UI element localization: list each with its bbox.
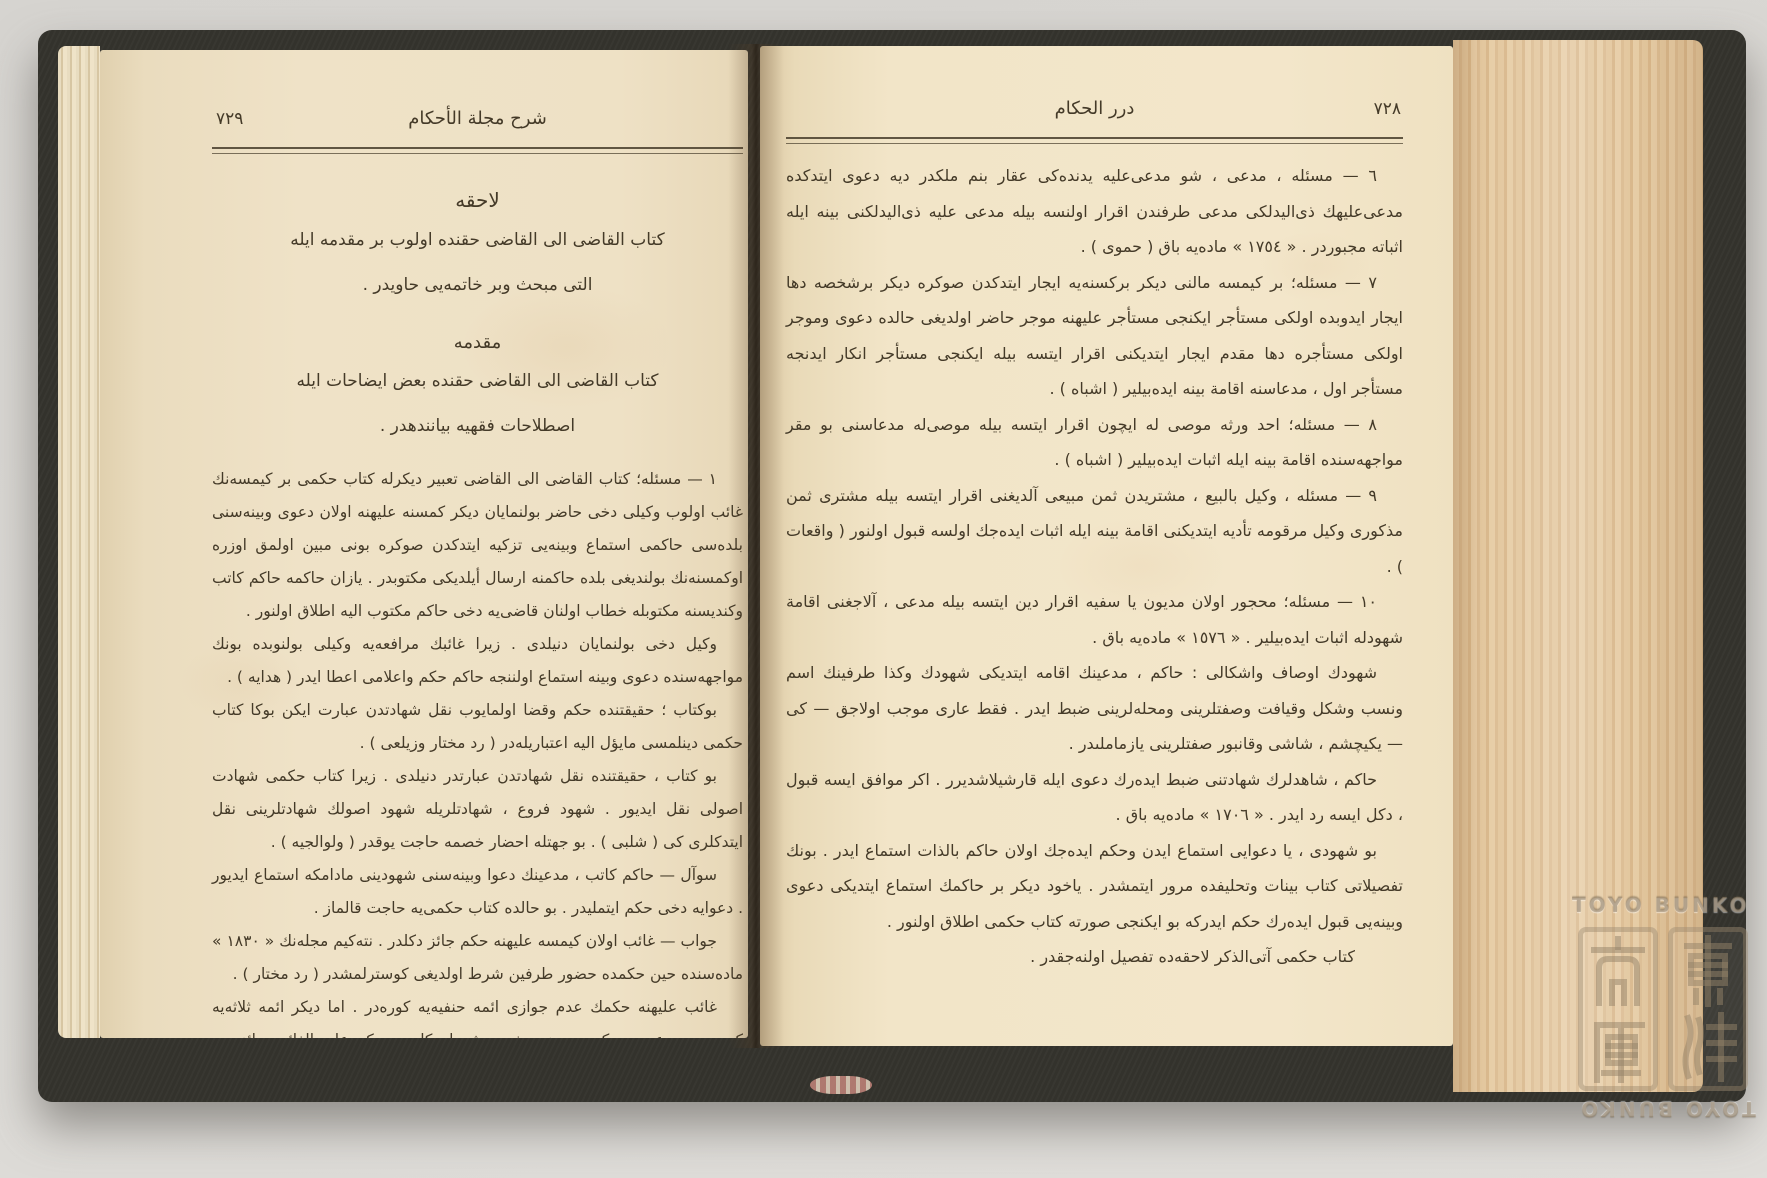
left-page-running-title: شرح مجلة الأحكام	[212, 108, 743, 129]
book: ٧٢٩ شرح مجلة الأحكام لاحقه كتاب القاضى ا…	[38, 30, 1746, 1102]
book-photograph: ٧٢٩ شرح مجلة الأحكام لاحقه كتاب القاضى ا…	[0, 0, 1767, 1178]
left-page-paragraph: بوكتاب ؛ حقيقتنده حكم وقضا اولمايوب نقل …	[212, 694, 743, 760]
right-page-running-title: درر الحكام	[786, 98, 1403, 119]
left-page-paragraph: غائب عليهنه حكمك عدم جوازى ائمه حنفيه‌يه…	[212, 991, 743, 1038]
page-edges-fore-edge	[1453, 40, 1703, 1092]
left-page-paragraph: جواب — غائب اولان كيمسه عليهنه حكم جائز …	[212, 925, 743, 991]
right-page-paragraph: بو شهودى ، يا دعوايى استماع ايدن وحكم اي…	[786, 833, 1403, 940]
left-page-paragraph: ١ — مسئله؛ كتاب القاضى الى القاضى تعبير …	[212, 463, 743, 628]
right-page-paragraph: ٧ — مسئله؛ بر كيمسه مالنى ديكر بركسنه‌يه…	[786, 265, 1403, 407]
subtitle-line: كتاب القاضى الى القاضى حقنده اولوب بر مق…	[212, 218, 743, 263]
right-page-number: ٧٢٨	[1374, 99, 1401, 119]
right-page-closing-paragraph: كتاب حكمى آتى‌الذكر لاحقه‌ده تفصيل اولنه…	[786, 939, 1403, 975]
right-page-paragraph: ١٠ — مسئله؛ محجور اولان مديون يا سفيه اق…	[786, 584, 1403, 655]
section-heading-lahika: لاحقه	[212, 188, 743, 212]
right-page: درر الحكام ٧٢٨ ٦ — مسئله ، مدعى ، شو مدع…	[760, 46, 1453, 1046]
left-page: ٧٢٩ شرح مجلة الأحكام لاحقه كتاب القاضى ا…	[100, 50, 748, 1038]
left-page-header: ٧٢٩ شرح مجلة الأحكام	[212, 108, 743, 138]
endband	[810, 1076, 872, 1094]
intro-line: كتاب القاضى الى القاضى حقنده بعض ايضاحات…	[212, 359, 743, 404]
subtitle-line: التى مبحث وبر خاتمه‌يى حاويدر .	[212, 263, 743, 308]
right-page-paragraph: شهودك اوصاف واشكالى : حاكم ، مدعينك اقام…	[786, 655, 1403, 762]
section-heading-mukaddime: مقدمه	[212, 332, 743, 353]
right-page-paragraph: حاكم ، شاهدلرك شهادتنى ضبط ايده‌رك دعوى …	[786, 762, 1403, 833]
left-page-paragraph: وكيل دخى بولنمايان دنيلدى . زيرا غائبك م…	[212, 628, 743, 694]
intro-line: اصطلاحات فقهيه بيانندهدر .	[212, 404, 743, 449]
right-page-paragraph: ٦ — مسئله ، مدعى ، شو مدعى‌عليه يدنده‌كى…	[786, 158, 1403, 265]
header-rule	[212, 147, 743, 154]
page-edges-left	[58, 46, 100, 1038]
header-rule	[786, 137, 1403, 144]
right-page-header: درر الحكام ٧٢٨	[786, 98, 1403, 128]
left-page-paragraph: سوآل — حاكم كاتب ، مدعينك دعوا وبينه‌سنى…	[212, 859, 743, 925]
right-page-paragraph: ٨ — مسئله؛ احد ورثه موصى له ايچون اقرار …	[786, 407, 1403, 478]
left-page-paragraph: بو كتاب ، حقيقتنده نقل شهادتدن عبارتدر د…	[212, 760, 743, 859]
right-page-paragraph: ٩ — مسئله ، وكيل بالبيع ، مشتريدن ثمن مب…	[786, 478, 1403, 585]
